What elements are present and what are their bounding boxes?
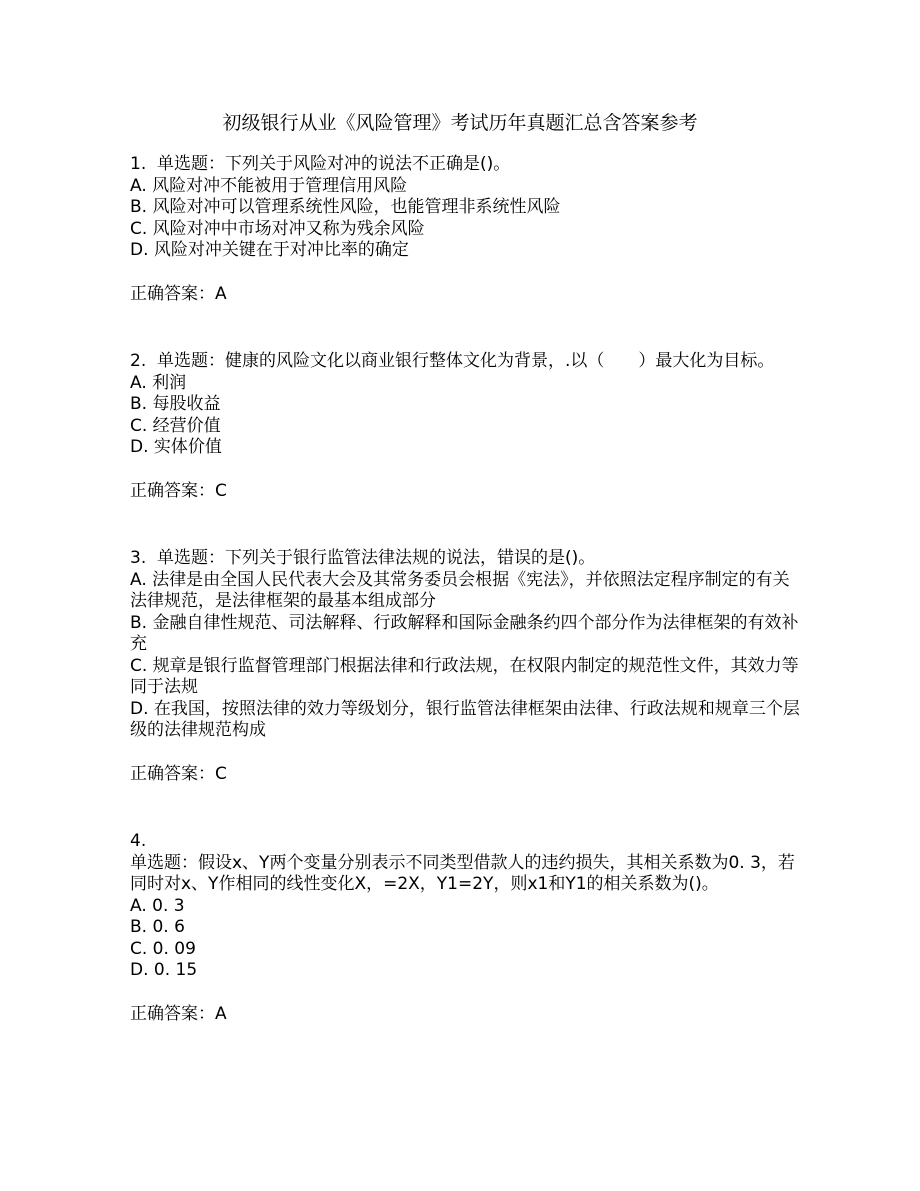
q1-option-c: C. 风险对冲中市场对冲又称为残余风险 — [130, 219, 795, 241]
q2-option-a: A. 利润 — [130, 373, 795, 395]
q2-option-d: D. 实体价值 — [130, 437, 795, 459]
q4-option-c: C. 0. 09 — [130, 939, 795, 961]
q3-option-c-line1: C. 规章是银行监督管理部门根据法律和行政法规，在权限内制定的规范性文件，其效力… — [130, 656, 795, 678]
q3-option-b-line2: 充 — [130, 634, 795, 656]
document-body: 1. 单选题：下列关于风险对冲的说法不正确是()。 A. 风险对冲不能被用于管理… — [130, 154, 795, 1025]
question-block-2: 2. 单选题：健康的风险文化以商业银行整体文化为背景，.以（ ）最大化为目标。 … — [130, 351, 795, 502]
q4-answer: 正确答案：A — [130, 1004, 795, 1026]
q2-option-c: C. 经营价值 — [130, 416, 795, 438]
q4-option-d: D. 0. 15 — [130, 960, 795, 982]
q4-option-a: A. 0. 3 — [130, 896, 795, 918]
q4-stem-line1: 单选题：假设x、Y两个变量分别表示不同类型借款人的违约损失，其相关系数为0. 3… — [130, 853, 795, 875]
q4-number: 4. — [130, 831, 795, 853]
document-page: 初级银行从业《风险管理》考试历年真题汇总含答案参考 1. 单选题：下列关于风险对… — [0, 0, 920, 1191]
q3-option-d-line1: D. 在我国，按照法律的效力等级划分，银行监管法律框架由法律、行政法规和规章三个… — [130, 699, 795, 721]
q3-option-d-line2: 级的法律规范构成 — [130, 720, 795, 742]
q4-stem-line2: 同时对x、Y作相同的线性变化X，=2X，Y1=2Y，则x1和Y1的相关系数为()… — [130, 874, 795, 896]
question-block-4: 4. 单选题：假设x、Y两个变量分别表示不同类型借款人的违约损失，其相关系数为0… — [130, 831, 795, 1025]
q2-stem: 2. 单选题：健康的风险文化以商业银行整体文化为背景，.以（ ）最大化为目标。 — [130, 351, 795, 373]
q1-option-d: D. 风险对冲关键在于对冲比率的确定 — [130, 240, 795, 262]
document-title: 初级银行从业《风险管理》考试历年真题汇总含答案参考 — [0, 0, 920, 135]
q3-option-c-line2: 同于法规 — [130, 677, 795, 699]
q2-option-b: B. 每股收益 — [130, 394, 795, 416]
q3-stem: 3. 单选题：下列关于银行监管法律法规的说法，错误的是()。 — [130, 548, 795, 570]
q1-answer: 正确答案：A — [130, 284, 795, 306]
q2-answer: 正确答案：C — [130, 481, 795, 503]
q3-answer: 正确答案：C — [130, 764, 795, 786]
q3-option-b-line1: B. 金融自律性规范、司法解释、行政解释和国际金融条约四个部分作为法律框架的有效… — [130, 613, 795, 635]
question-block-1: 1. 单选题：下列关于风险对冲的说法不正确是()。 A. 风险对冲不能被用于管理… — [130, 154, 795, 305]
q1-option-a: A. 风险对冲不能被用于管理信用风险 — [130, 176, 795, 198]
q1-stem: 1. 单选题：下列关于风险对冲的说法不正确是()。 — [130, 154, 795, 176]
q4-option-b: B. 0. 6 — [130, 917, 795, 939]
q3-option-a-line1: A. 法律是由全国人民代表大会及其常务委员会根据《宪法》，并依照法定程序制定的有… — [130, 570, 795, 592]
q1-option-b: B. 风险对冲可以管理系统性风险，也能管理非系统性风险 — [130, 197, 795, 219]
q3-option-a-line2: 法律规范，是法律框架的最基本组成部分 — [130, 591, 795, 613]
question-block-3: 3. 单选题：下列关于银行监管法律法规的说法，错误的是()。 A. 法律是由全国… — [130, 548, 795, 785]
